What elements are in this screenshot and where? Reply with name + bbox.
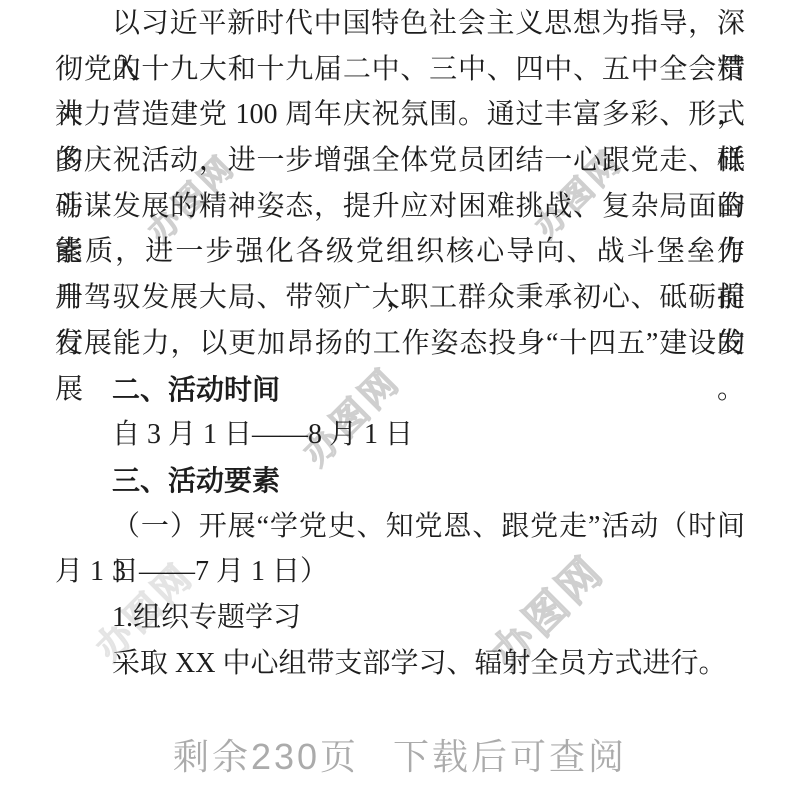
- item-1-title: 1.组织专题学习: [55, 595, 745, 641]
- document-page: 办图网 办图网 办图网 办图网 办图网 以习近平新时代中国特色社会主义思想为指导…: [0, 0, 800, 800]
- document-body: 以习近平新时代中国特色社会主义思想为指导，深入贯 彻党的十九大和十九届二中、三中…: [55, 1, 745, 686]
- download-hint-label: 下载后可查阅: [393, 736, 627, 777]
- paragraph-line: 以习近平新时代中国特色社会主义思想为指导，深入贯: [55, 1, 745, 47]
- paragraph-line: 发展能力，以更加昂扬的工作姿态投身“十四五”建设发展。: [55, 321, 745, 367]
- paragraph-line: 斗谋发展的精神姿态，提升应对困难挑战、复杂局面的能力: [55, 184, 745, 230]
- subsection-1-title-line-2: 月 1 日——7 月 1 日）: [55, 549, 745, 595]
- preview-footer: 剩余230页下载后可查阅: [0, 737, 800, 777]
- paragraph-line: 素质，进一步强化各级党组织核心导向、战斗堡垒作用，提: [55, 229, 745, 275]
- remaining-pages-label: 剩余230页: [173, 736, 359, 777]
- section-2-time-range: 自 3 月 1 日——8 月 1 日: [55, 412, 745, 458]
- paragraph-line: 彻党的十九大和十九届二中、三中、四中、五中全会精神，: [55, 47, 745, 93]
- subsection-1-title-line-1: （一）开展“学党史、知党恩、跟党走”活动（时间 3: [55, 504, 745, 550]
- paragraph-line: 的庆祝活动，进一步增强全体党员团结一心跟党走、砥砺奋: [55, 138, 745, 184]
- item-1-text: 采取 XX 中心组带支部学习、辐射全员方式进行。: [55, 641, 745, 687]
- paragraph-line: 升驾驭发展大局、带领广大职工群众秉承初心、砥砺前行的: [55, 275, 745, 321]
- paragraph-line: 大力营造建党 100 周年庆祝氛围。通过丰富多彩、形式多样: [55, 92, 745, 138]
- section-heading-3: 三、活动要素: [55, 458, 745, 504]
